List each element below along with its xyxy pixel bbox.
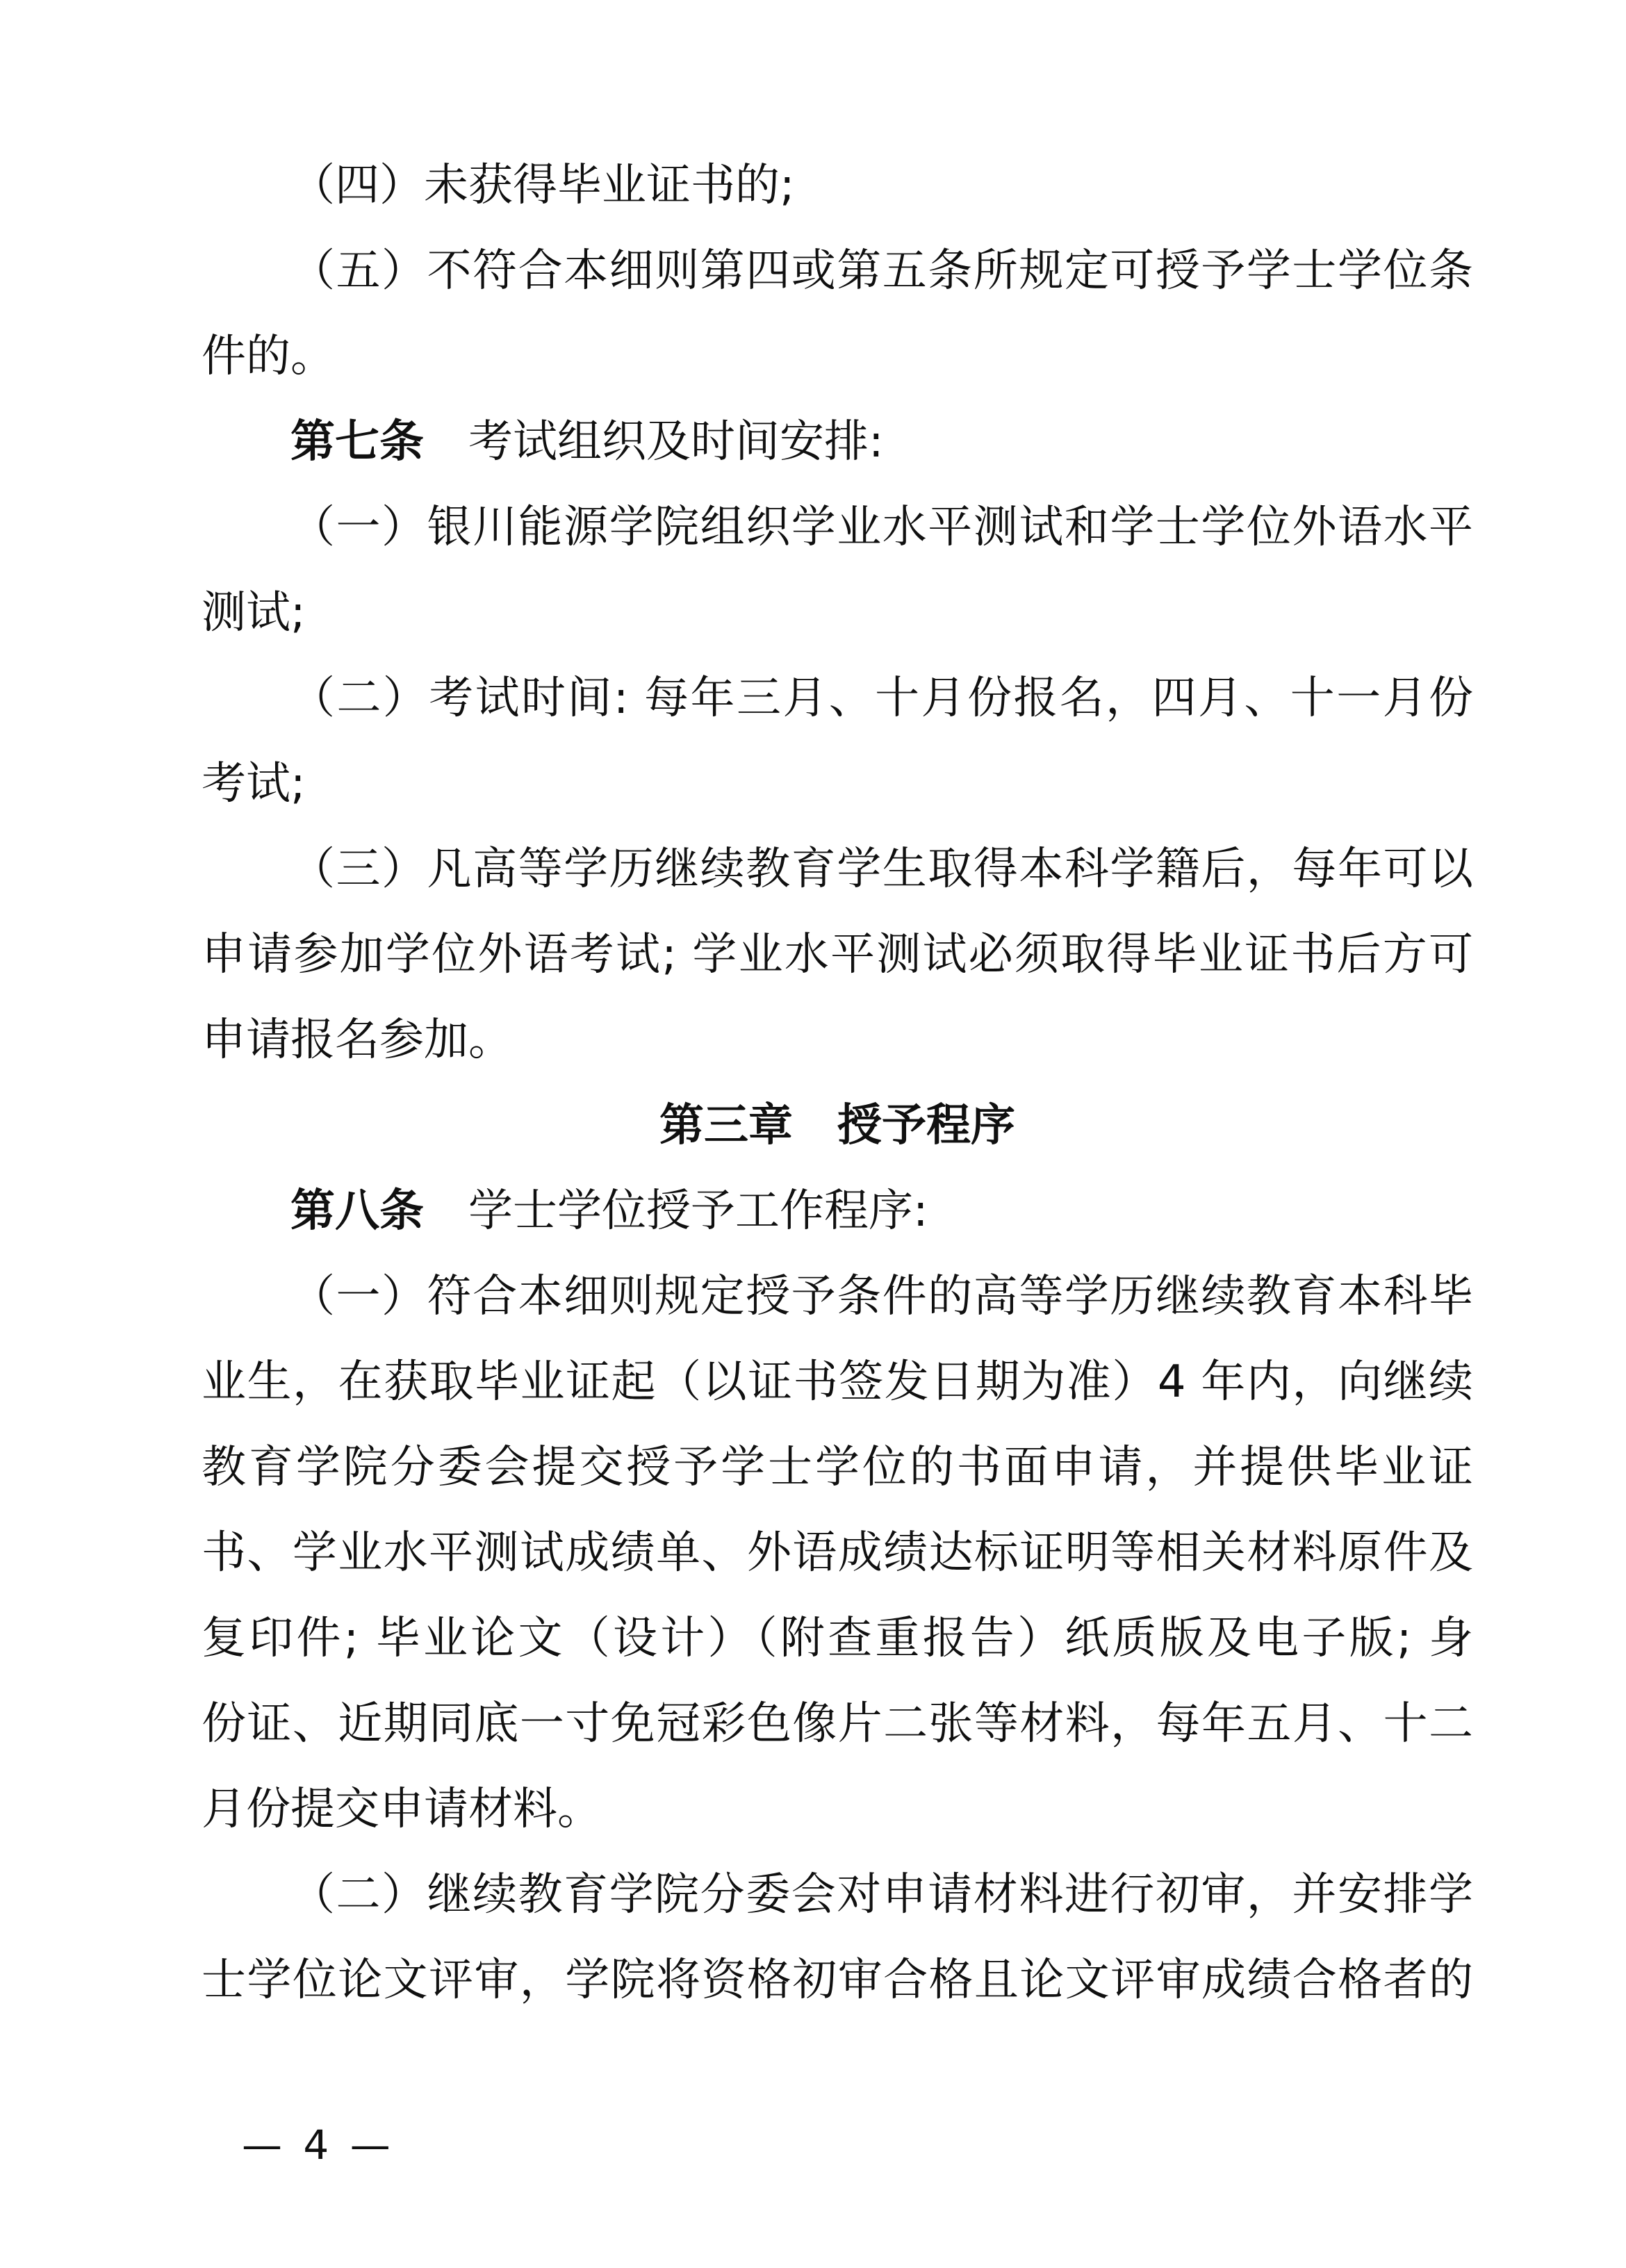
- text-line: 月份提交申请材料。: [202, 1767, 1473, 1852]
- text-line: 士学位论文评审，学院将资格初审合格且论文评审成绩合格者的: [202, 1938, 1473, 2023]
- document-body: （四）未获得毕业证书的; （五）不符合本细则第四或第五条所规定可授予学士学位条 …: [202, 143, 1473, 2023]
- text-line: 份证、近期同底一寸免冠彩色像片二张等材料，每年五月、十二: [202, 1682, 1473, 1767]
- article-title: 考试组织及时间安排:: [424, 416, 884, 468]
- document-page: （四）未获得毕业证书的; （五）不符合本细则第四或第五条所规定可授予学士学位条 …: [0, 0, 1626, 2268]
- text-line: 书、学业水平测试成绩单、外语成绩达标证明等相关材料原件及: [202, 1511, 1473, 1596]
- text-line: （一）符合本细则规定授予条件的高等学历继续教育本科毕: [202, 1254, 1473, 1340]
- text-line: 申请参加学位外语考试; 学业水平测试必须取得毕业证书后方可: [202, 912, 1473, 998]
- text-line: 复印件; 毕业论文（设计）（附查重报告）纸质版及电子版; 身: [202, 1596, 1473, 1682]
- text-line: 件的。: [202, 314, 1473, 400]
- article-number: 第七条: [290, 416, 424, 468]
- text-line: （五）不符合本细则第四或第五条所规定可授予学士学位条: [202, 229, 1473, 314]
- text-line: （四）未获得毕业证书的;: [202, 143, 1473, 229]
- text-line: 测试;: [202, 570, 1473, 656]
- text-line: （二）继续教育学院分委会对申请材料进行初审，并安排学: [202, 1852, 1473, 1938]
- article-heading-line: 第七条 考试组织及时间安排:: [202, 400, 1473, 485]
- text-line: 教育学院分委会提交授予学士学位的书面申请，并提供毕业证: [202, 1425, 1473, 1511]
- chapter-heading: 第三章 授予程序: [202, 1083, 1473, 1169]
- article-heading-line: 第八条 学士学位授予工作程序:: [202, 1169, 1473, 1254]
- text-line: 考试;: [202, 741, 1473, 827]
- chapter-title: 第三章 授予程序: [659, 1100, 1015, 1151]
- page-number: — 4 —: [242, 2114, 395, 2176]
- text-line: （一）银川能源学院组织学业水平测试和学士学位外语水平: [202, 485, 1473, 570]
- article-number: 第八条: [290, 1185, 424, 1237]
- text-line: 业生，在获取毕业证起（以证书签发日期为准）4 年内，向继续: [202, 1340, 1473, 1425]
- article-title: 学士学位授予工作程序:: [424, 1185, 928, 1237]
- text-line: 申请报名参加。: [202, 998, 1473, 1083]
- text-line: （二）考试时间: 每年三月、十月份报名，四月、十一月份: [202, 656, 1473, 741]
- text-line: （三）凡高等学历继续教育学生取得本科学籍后，每年可以: [202, 827, 1473, 912]
